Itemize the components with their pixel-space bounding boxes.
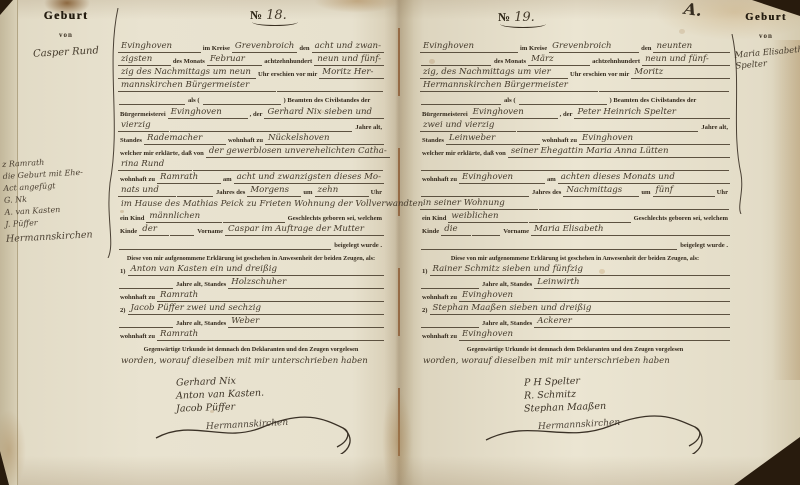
form-printed-text: Standes xyxy=(420,136,446,145)
handwritten-entry: Nachmittags xyxy=(563,185,639,197)
form-printed-text: ) Beamten des Civilstandes der xyxy=(608,96,699,105)
handwritten-entry: seiner Ehegattin Maria Anna Lütten xyxy=(508,146,730,158)
handwritten-entry: Holzschuher xyxy=(228,277,384,289)
margin-child-name: Maria Elisabeth Spelter xyxy=(734,45,798,72)
form-line: Diese von mir aufgenommene Erklärung ist… xyxy=(420,250,730,263)
handwritten-entry: Stephan Maaßen sieben und dreißig xyxy=(430,303,731,315)
left-page-form: Evinghovenim KreiseGrevenbroichdenacht u… xyxy=(118,40,384,454)
handwritten-entry: Evinghoven xyxy=(459,172,545,184)
handwritten-entry: Maria Elisabeth xyxy=(531,224,730,236)
form-line: KindedieVornameMaria Elisabeth xyxy=(420,223,730,236)
form-printed-text: wohnhaft zu xyxy=(420,175,459,184)
form-printed-text: Jahre alt, Standes xyxy=(174,319,228,328)
form-printed-text: achtzehnhundert xyxy=(262,57,314,66)
form-printed-text: Gegenwärtige Urkunde ist demnach dem Dek… xyxy=(465,345,685,354)
form-line: zig, des Nachmittags um vierUhr erschien… xyxy=(420,66,730,79)
form-line: Hermannskirchen Bürgermeister xyxy=(420,79,730,92)
form-line: StandesLeinweberwohnhaft zuEvinghoven xyxy=(420,132,730,145)
form-blank-line xyxy=(421,324,479,328)
form-printed-text: welcher mir erklärte, daß von xyxy=(118,149,206,158)
form-blank-line xyxy=(539,206,729,210)
form-printed-text: wohnhaft zu xyxy=(118,175,157,184)
handwritten-entry: Ramrath xyxy=(157,329,384,341)
margin-preposition: von xyxy=(20,31,112,39)
archival-mark: A. xyxy=(683,0,703,20)
handwritten-entry: Nückelshoven xyxy=(265,133,384,145)
handwritten-entry: rina Rund xyxy=(118,159,192,171)
form-blank-line xyxy=(421,62,491,66)
handwritten-entry: Morgens xyxy=(247,185,301,197)
form-blank-line xyxy=(472,232,500,236)
handwritten-entry: Moritz Her- xyxy=(319,67,384,79)
form-line: vierzigJahre alt, xyxy=(118,119,384,132)
handwritten-entry: Grevenbroich xyxy=(549,41,639,53)
form-printed-text: achtzehnhundert xyxy=(590,57,642,66)
form-line: nats undJahres desMorgensumzehnUhr xyxy=(118,184,384,197)
handwritten-entry: Anton van Kasten ein und dreißig xyxy=(128,264,385,276)
form-printed-text: im Kreise xyxy=(201,44,232,53)
form-printed-text: Geschlechts geboren sei, welchem xyxy=(632,214,730,223)
form-line: Jahre alt, StandesLeinwirth xyxy=(420,276,730,289)
form-printed-text: wohnhaft zu xyxy=(420,293,459,302)
form-line: 2)Stephan Maaßen sieben und dreißig xyxy=(420,302,730,315)
form-printed-text: Geschlechts geboren sei, welchem xyxy=(286,214,384,223)
handwritten-entry: zigsten xyxy=(118,54,171,66)
handwritten-entry: Evinghoven xyxy=(579,133,730,145)
handwritten-entry: zwei und vierzig xyxy=(420,120,516,132)
form-blank-line xyxy=(421,167,729,171)
form-printed-text: Uhr erschien vor mir xyxy=(568,70,631,79)
form-line: zwei und vierzigJahre alt, xyxy=(420,119,730,132)
form-blank-line xyxy=(177,193,213,197)
register-book-photo: Geburt von Casper Rund z Ramrathdie Gebu… xyxy=(0,0,800,485)
form-line: beigelegt wurde . xyxy=(118,236,384,249)
form-printed-text: wohnhaft zu xyxy=(540,136,579,145)
form-printed-text: beigelegt wurde . xyxy=(332,241,384,250)
form-line: Evinghovenim KreiseGrevenbroichdenacht u… xyxy=(118,40,384,53)
form-line: wohnhaft zuEvinghoven xyxy=(420,289,730,302)
form-printed-text: Diese von mir aufgenommene Erklärung ist… xyxy=(125,254,377,263)
form-blank-line xyxy=(203,101,281,105)
form-printed-text: Vorname xyxy=(501,227,531,236)
handwritten-entry: Gerhard Nix sieben und xyxy=(264,107,384,119)
margin-preposition: von xyxy=(735,32,797,40)
form-blank-line xyxy=(119,246,331,250)
form-line: Jahre alt, StandesAckerer xyxy=(420,315,730,328)
handwritten-entry: Evinghoven xyxy=(420,41,518,53)
form-line: StandesRademacherwohnhaft zuNückelshoven xyxy=(118,132,384,145)
form-printed-text: am xyxy=(545,175,558,184)
handwritten-entry: zehn xyxy=(315,185,369,197)
form-line: zigstendes MonatsFebruarachtzehnhundertn… xyxy=(118,53,384,66)
form-line: mannskirchen Bürgermeister xyxy=(118,79,384,92)
handwritten-entry: vierzig xyxy=(118,120,169,132)
form-printed-text: Jahre alt, Standes xyxy=(480,280,534,289)
handwritten-entry: Ramrath xyxy=(157,290,384,302)
handwritten-entry: Weber xyxy=(228,316,384,328)
handwritten-entry: Evinghoven xyxy=(459,329,730,341)
signature-block: Gerhard NixAnton van Kasten.Jacob Püffer xyxy=(176,373,384,412)
handwritten-entry: im Hause des Mathias Peick zu Frieten Wo… xyxy=(118,199,426,210)
form-blank-line xyxy=(277,88,383,92)
form-line: ein KindweiblichenGeschlechts geboren se… xyxy=(420,210,730,223)
form-printed-text: Uhr erschien vor mir xyxy=(256,70,319,79)
form-printed-text: den xyxy=(639,44,653,53)
handwritten-entry: Grevenbroich xyxy=(232,41,297,53)
handwritten-entry: Caspar im Auftrage der Mutter xyxy=(225,224,384,236)
handwritten-entry: Evinghoven xyxy=(168,107,248,119)
form-printed-text: Jahres des xyxy=(214,188,247,197)
handwritten-entry: acht und zwan- xyxy=(312,41,384,53)
form-printed-text: des Monats xyxy=(492,57,528,66)
form-line: Jahre alt, StandesWeber xyxy=(118,315,384,328)
form-blank-line xyxy=(119,324,173,328)
form-blank-line xyxy=(517,128,698,132)
form-line: BürgermeistereiEvinghoven, derPeter Hein… xyxy=(420,105,730,118)
handwritten-entry: Leinweber xyxy=(446,133,540,145)
form-printed-text: Standes xyxy=(118,136,144,145)
form-line: rina Rund xyxy=(118,158,384,171)
form-printed-text: wohnhaft zu xyxy=(420,332,459,341)
form-line: Gegenwärtige Urkunde ist demnach den Dek… xyxy=(118,341,384,354)
form-line: zig des Nachmittags um neunUhr erschien … xyxy=(118,66,384,79)
form-line xyxy=(420,158,730,171)
form-printed-text: Uhr xyxy=(715,188,730,197)
form-printed-text: wohnhaft zu xyxy=(226,136,265,145)
form-line: Gegenwärtige Urkunde ist demnach dem Dek… xyxy=(420,341,730,354)
form-printed-text: den xyxy=(297,44,311,53)
form-line: in seiner Wohnung xyxy=(420,197,730,210)
form-line: als () Beamten des Civilstandes der xyxy=(420,92,730,105)
handwritten-entry: worden, worauf dieselben mit mir untersc… xyxy=(118,356,384,367)
form-printed-text: 1) xyxy=(420,267,430,276)
form-lines: Evinghovenim KreiseGrevenbroichdenacht u… xyxy=(118,40,384,367)
form-blank-line xyxy=(119,285,173,289)
handwritten-entry: fünf xyxy=(653,185,715,197)
form-line: 1)Anton van Kasten ein und dreißig xyxy=(118,263,384,276)
handwritten-entry: Ackerer xyxy=(534,316,730,328)
handwritten-entry: neun und fünf- xyxy=(314,54,384,66)
form-printed-text: um xyxy=(301,188,314,197)
handwritten-entry: in seiner Wohnung xyxy=(420,198,538,210)
form-blank-line xyxy=(421,193,529,197)
form-blank-line xyxy=(599,88,729,92)
form-blank-line xyxy=(170,128,352,132)
form-printed-text: welcher mir erklärte, daß von xyxy=(420,149,508,158)
form-line: des MonatsMärzachtzehnhundertneun und fü… xyxy=(420,53,730,66)
form-printed-text: wohnhaft zu xyxy=(118,293,157,302)
form-printed-text: 2) xyxy=(420,306,430,315)
left-margin-column: Geburt von Casper Rund xyxy=(20,10,112,58)
form-printed-text: Jahre alt, xyxy=(699,123,730,132)
form-blank-line xyxy=(223,219,284,223)
form-printed-text: Jahre alt, Standes xyxy=(174,280,228,289)
form-printed-text: ein Kind xyxy=(118,214,146,223)
handwritten-entry: Peter Heinrich Spelter xyxy=(574,107,730,119)
form-blank-line xyxy=(119,101,185,105)
form-line: welcher mir erklärte, daß vonseiner Eheg… xyxy=(420,145,730,158)
form-printed-text: Gegenwärtige Urkunde ist demnach den Dek… xyxy=(142,345,361,354)
handwritten-entry: Februar xyxy=(207,54,262,66)
margin-heading: Geburt xyxy=(735,12,797,23)
form-line: worden, worauf dieselben mit mir untersc… xyxy=(420,354,730,367)
form-printed-text: 1) xyxy=(118,267,128,276)
form-printed-text: Jahre alt, xyxy=(353,123,384,132)
form-printed-text: des Monats xyxy=(171,57,207,66)
form-blank-line xyxy=(519,101,607,105)
binding-stitches xyxy=(398,0,400,485)
form-line: wohnhaft zuEvinghoven xyxy=(420,328,730,341)
handwritten-entry: Leinwirth xyxy=(534,277,730,289)
margin-heading: Geburt xyxy=(20,10,112,22)
registrar-signature: Hermannskirchen xyxy=(480,414,720,454)
margin-annotations: z Ramrathdie Geburt mit Ehe-Act angefügt… xyxy=(2,153,118,246)
right-page-form: Evinghovenim KreiseGrevenbroichdenneunte… xyxy=(420,40,730,454)
form-line: wohnhaft zuRamrathamacht und zwanzigsten… xyxy=(118,171,384,184)
handwritten-entry: nats und xyxy=(118,185,176,197)
form-line: 1)Rainer Schmitz sieben und fünfzig xyxy=(420,263,730,276)
handwritten-entry: Rainer Schmitz sieben und fünfzig xyxy=(430,264,731,276)
form-printed-text: Jahres des xyxy=(530,188,563,197)
handwritten-entry: achten dieses Monats und xyxy=(558,172,730,184)
form-printed-text: , der xyxy=(558,110,575,119)
handwritten-entry: mannskirchen Bürgermeister xyxy=(118,80,276,92)
form-blank-line xyxy=(421,101,501,105)
handwritten-entry: Evinghoven xyxy=(459,290,730,302)
registrar-signature: Hermannskirchen xyxy=(148,414,368,454)
form-line: Evinghovenim KreiseGrevenbroichdenneunte… xyxy=(420,40,730,53)
form-line: Diese von mir aufgenommene Erklärung ist… xyxy=(118,250,384,263)
handwritten-entry: Moritz xyxy=(631,67,730,79)
form-printed-text: Bürgermeisterei xyxy=(118,110,168,119)
form-printed-text: als ( xyxy=(186,96,202,105)
handwritten-entry: Hermannskirchen Bürgermeister xyxy=(420,80,598,92)
form-printed-text: ein Kind xyxy=(420,214,448,223)
number-flourish xyxy=(252,18,298,26)
form-line: wohnhaft zuEvinghovenamachten dieses Mon… xyxy=(420,171,730,184)
handwritten-entry: zig, des Nachmittags um vier xyxy=(420,67,568,79)
handwritten-entry: März xyxy=(528,54,590,66)
handwritten-entry: Evinghoven xyxy=(118,41,201,53)
handwritten-entry: neunten xyxy=(653,41,730,53)
form-printed-text: im Kreise xyxy=(518,44,549,53)
form-blank-line xyxy=(170,232,194,236)
form-printed-text: wohnhaft zu xyxy=(118,332,157,341)
signature-block: P H SpelterR. SchmitzStephan Maaßen xyxy=(524,373,730,412)
form-line: als () Beamten des Civilstandes der xyxy=(118,92,384,105)
form-blank-line xyxy=(421,285,479,289)
handwritten-entry: Ramrath xyxy=(157,172,221,184)
form-line: ein KindmännlichenGeschlechts geboren se… xyxy=(118,210,384,223)
form-line: welcher mir erklärte, daß vonder gewerbl… xyxy=(118,145,384,158)
form-printed-text: Kinde xyxy=(420,227,441,236)
form-printed-text: ) Beamten des Civilstandes der xyxy=(282,96,373,105)
number-flourish xyxy=(500,20,546,28)
form-blank-line xyxy=(529,219,630,223)
handwritten-entry: der gewerblosen unverehelichten Catha- xyxy=(206,146,390,158)
form-printed-text: , der xyxy=(248,110,265,119)
form-line: BürgermeistereiEvinghoven, derGerhard Ni… xyxy=(118,105,384,118)
handwritten-entry: neun und fünf- xyxy=(642,54,730,66)
form-blank-line xyxy=(193,167,383,171)
form-line: Jahres desNachmittagsumfünfUhr xyxy=(420,184,730,197)
form-printed-text: beigelegt wurde . xyxy=(678,241,730,250)
form-printed-text: Jahre alt, Standes xyxy=(480,319,534,328)
handwritten-entry: zig des Nachmittags um neun xyxy=(118,67,256,79)
form-line: im Hause des Mathias Peick zu Frieten Wo… xyxy=(118,197,384,210)
form-line: 2)Jacob Püffer zwei und sechzig xyxy=(118,302,384,315)
form-line: wohnhaft zuRamrath xyxy=(118,328,384,341)
form-lines: Evinghovenim KreiseGrevenbroichdenneunte… xyxy=(420,40,730,367)
form-line: beigelegt wurde . xyxy=(420,236,730,249)
form-printed-text: Diese von mir aufgenommene Erklärung ist… xyxy=(449,254,701,263)
handwritten-entry: Rademacher xyxy=(144,133,226,145)
handwritten-entry: Evinghoven xyxy=(470,107,558,119)
handwritten-entry: männlichen xyxy=(146,211,222,223)
form-blank-line xyxy=(421,246,677,250)
handwritten-entry: Jacob Püffer zwei und sechzig xyxy=(128,303,385,315)
form-printed-text: Bürgermeisterei xyxy=(420,110,470,119)
form-line: KindederVornameCaspar im Auftrage der Mu… xyxy=(118,223,384,236)
handwritten-entry: acht und zwanzigsten dieses Mo- xyxy=(234,172,384,184)
handwritten-entry: weiblichen xyxy=(448,211,528,223)
form-printed-text: 2) xyxy=(118,306,128,315)
form-printed-text: Vorname xyxy=(195,227,225,236)
form-line: wohnhaft zuRamrath xyxy=(118,289,384,302)
handwritten-entry: worden, worauf dieselben mit mir untersc… xyxy=(420,356,730,367)
form-line: worden, worauf dieselben mit mir untersc… xyxy=(118,354,384,367)
form-printed-text: am xyxy=(221,175,234,184)
right-margin-column: Geburt von Maria Elisabeth Spelter xyxy=(735,12,797,70)
form-line: Jahre alt, StandesHolzschuher xyxy=(118,276,384,289)
handwritten-entry: der xyxy=(139,224,169,236)
form-printed-text: Kinde xyxy=(118,227,139,236)
form-printed-text: als ( xyxy=(502,96,518,105)
form-printed-text: um xyxy=(639,188,652,197)
form-printed-text: Uhr xyxy=(369,188,384,197)
handwritten-entry: die xyxy=(441,224,471,236)
